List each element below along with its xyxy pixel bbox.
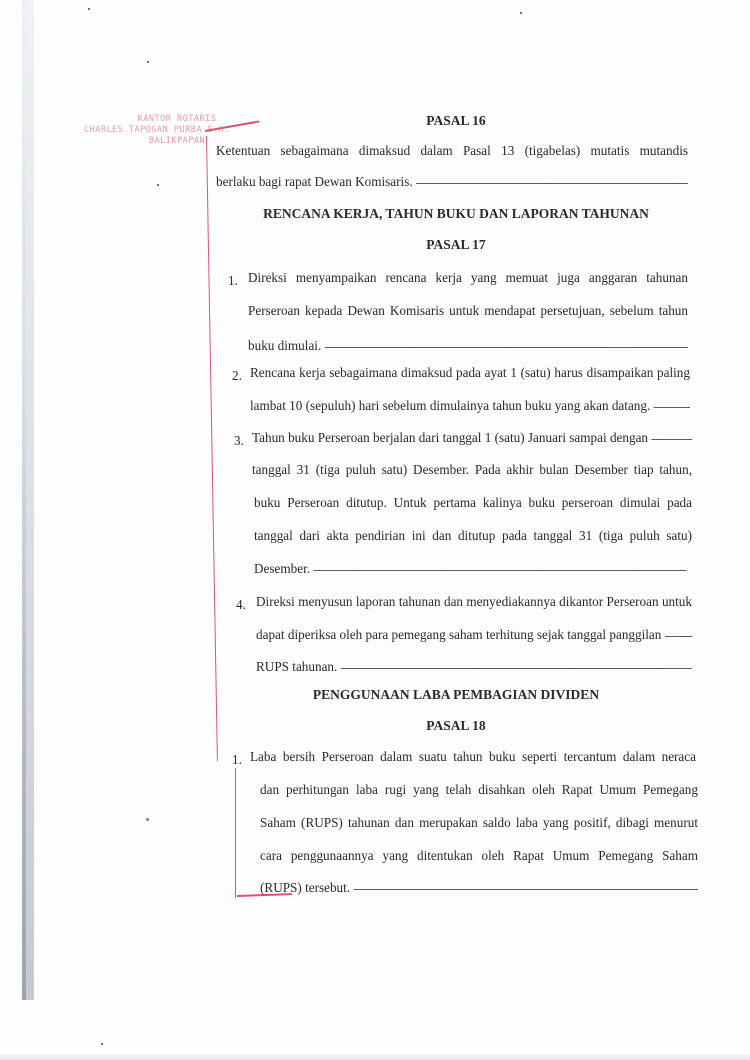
pasal-16-line: Ketentuan sebagaimana dimaksud dalam Pas…	[216, 143, 688, 159]
pasal-18-title: PASAL 18	[212, 718, 700, 734]
item-line: Direksi menyusun laporan tahunan dan men…	[256, 594, 692, 610]
red-margin-line	[206, 136, 218, 761]
item-number: 4.	[236, 597, 246, 613]
item-line: buku Perseroan ditutup. Untuk pertama ka…	[254, 495, 692, 511]
item-line: Tahun buku Perseroan berjalan dari tangg…	[252, 430, 692, 446]
item-number: 3.	[234, 433, 244, 449]
item-line: Direksi menyampaikan rencana kerja yang …	[248, 270, 688, 286]
scan-edge-left	[22, 0, 26, 1000]
scan-edge-bottom	[0, 1054, 750, 1060]
item-line: dan perhitungan laba rugi yang telah dis…	[260, 782, 698, 798]
item-number: 1.	[232, 752, 242, 768]
pasal-17-title: PASAL 17	[212, 237, 700, 253]
item-line: tanggal dari akta pendirian ini dan ditu…	[254, 528, 692, 544]
item-line: cara penggunaannya yang ditentukan oleh …	[260, 848, 698, 864]
item-line: (RUPS) tersebut.------------------------…	[260, 880, 698, 896]
item-line: tanggal 31 (tiga puluh satu) Desember. P…	[252, 462, 692, 478]
scan-speck	[101, 1043, 103, 1045]
item-line: Perseroan kepada Dewan Komisaris untuk m…	[248, 303, 688, 319]
scan-speck	[147, 61, 149, 63]
item-line: buku dimulai.---------------------------…	[248, 338, 688, 354]
pasal-16-line: berlaku bagi rapat Dewan Komisaris.-----…	[216, 174, 688, 190]
item-line: Desember.-------------------------------…	[254, 561, 692, 577]
item-line: Saham (RUPS) tahunan dan merupakan saldo…	[260, 815, 698, 831]
item-line: Rencana kerja sebagaimana dimaksud pada …	[250, 365, 690, 381]
item-line: lambat 10 (sepuluh) hari sebelum dimulai…	[250, 398, 690, 414]
scan-speck	[88, 8, 90, 10]
scan-speck	[520, 12, 522, 14]
scan-speck	[157, 184, 159, 186]
section-title-penggunaan-laba: PENGGUNAAN LABA PEMBAGIAN DIVIDEN	[212, 687, 700, 703]
item-line: dapat diperiksa oleh para pemegang saham…	[256, 627, 692, 643]
item-line: RUPS tahunan.---------------------------…	[256, 659, 692, 675]
item-line: Laba bersih Perseroan dalam suatu tahun …	[250, 749, 696, 765]
pasal-16-title: PASAL 16	[212, 113, 700, 129]
item-number: 1.	[228, 273, 238, 289]
section-title-rencana-kerja: RENCANA KERJA, TAHUN BUKU DAN LAPORAN TA…	[212, 206, 700, 222]
red-margin-line-lower	[235, 768, 236, 898]
scan-speck	[146, 818, 149, 821]
item-number: 2.	[232, 368, 242, 384]
